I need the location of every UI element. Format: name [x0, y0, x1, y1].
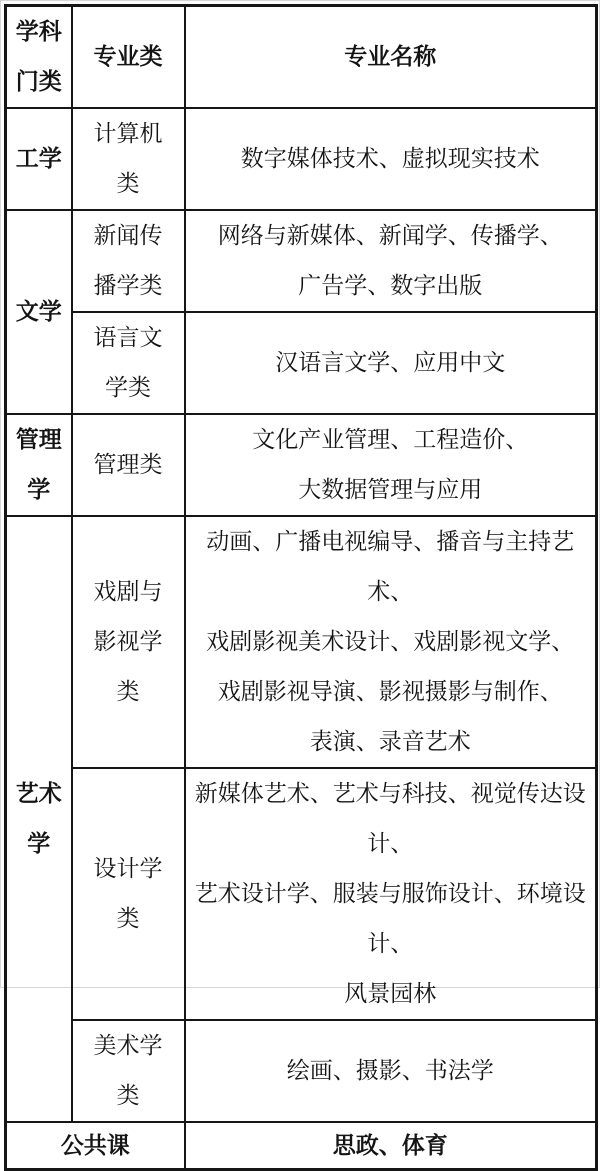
table-row-journalism: 文学 新闻传播学类 网络与新媒体、新闻学、传播学、 广告学、数字出版 — [6, 210, 597, 312]
cell-public-courses-label: 公共课 — [6, 1122, 185, 1170]
cell-category-management: 管理类 — [72, 414, 185, 516]
cell-majors-drama-film: 动画、广播电视编导、播音与主持艺术、 戏剧影视美术设计、戏剧影视文学、 戏剧影视… — [185, 516, 597, 768]
cell-majors-computer: 数字媒体技术、虚拟现实技术 — [185, 108, 597, 210]
cell-discipline-management: 管理学 — [6, 414, 72, 516]
header-cell-category: 专业类 — [72, 6, 185, 109]
table-row-management: 管理学 管理类 文化产业管理、工程造价、 大数据管理与应用 — [6, 414, 597, 516]
table-row-language: 语言文学类 汉语言文学、应用中文 — [6, 312, 597, 414]
cell-category-drama-film: 戏剧与影视学类 — [72, 516, 185, 768]
cell-category-language: 语言文学类 — [72, 312, 185, 414]
table-row-design: 设计学类 新媒体艺术、艺术与科技、视觉传达设计、 艺术设计学、服装与服饰设计、环… — [6, 768, 597, 1020]
cell-majors-design: 新媒体艺术、艺术与科技、视觉传达设计、 艺术设计学、服装与服饰设计、环境设计、 … — [185, 768, 597, 1020]
cell-discipline-engineering: 工学 — [6, 108, 72, 210]
table-row-fine-arts: 美术学类 绘画、摄影、书法学 — [6, 1020, 597, 1122]
cell-category-fine-arts: 美术学类 — [72, 1020, 185, 1122]
cell-category-computer: 计算机类 — [72, 108, 185, 210]
cell-category-journalism: 新闻传播学类 — [72, 210, 185, 312]
cell-discipline-literature: 文学 — [6, 210, 72, 414]
cell-public-courses-majors: 思政、体育 — [185, 1122, 597, 1170]
table-header-row: 学科门类 专业类 专业名称 — [6, 6, 597, 109]
header-cell-discipline: 学科门类 — [6, 6, 72, 109]
table-row-public-courses: 公共课 思政、体育 — [6, 1122, 597, 1170]
cell-majors-journalism: 网络与新媒体、新闻学、传播学、 广告学、数字出版 — [185, 210, 597, 312]
cell-majors-management: 文化产业管理、工程造价、 大数据管理与应用 — [185, 414, 597, 516]
header-cell-majors: 专业名称 — [185, 6, 597, 109]
cell-category-design: 设计学类 — [72, 768, 185, 1020]
table-row-drama-film: 艺术学 戏剧与影视学类 动画、广播电视编导、播音与主持艺术、 戏剧影视美术设计、… — [6, 516, 597, 768]
cell-majors-fine-arts: 绘画、摄影、书法学 — [185, 1020, 597, 1122]
cell-discipline-arts: 艺术学 — [6, 516, 72, 1122]
table-row-engineering: 工学 计算机类 数字媒体技术、虚拟现实技术 — [6, 108, 597, 210]
cell-majors-language: 汉语言文学、应用中文 — [185, 312, 597, 414]
document-page: 学科门类 专业类 专业名称 工学 计算机类 数字媒体技术、虚拟现实技术 文学 新… — [0, 0, 600, 988]
majors-table: 学科门类 专业类 专业名称 工学 计算机类 数字媒体技术、虚拟现实技术 文学 新… — [4, 4, 598, 1171]
